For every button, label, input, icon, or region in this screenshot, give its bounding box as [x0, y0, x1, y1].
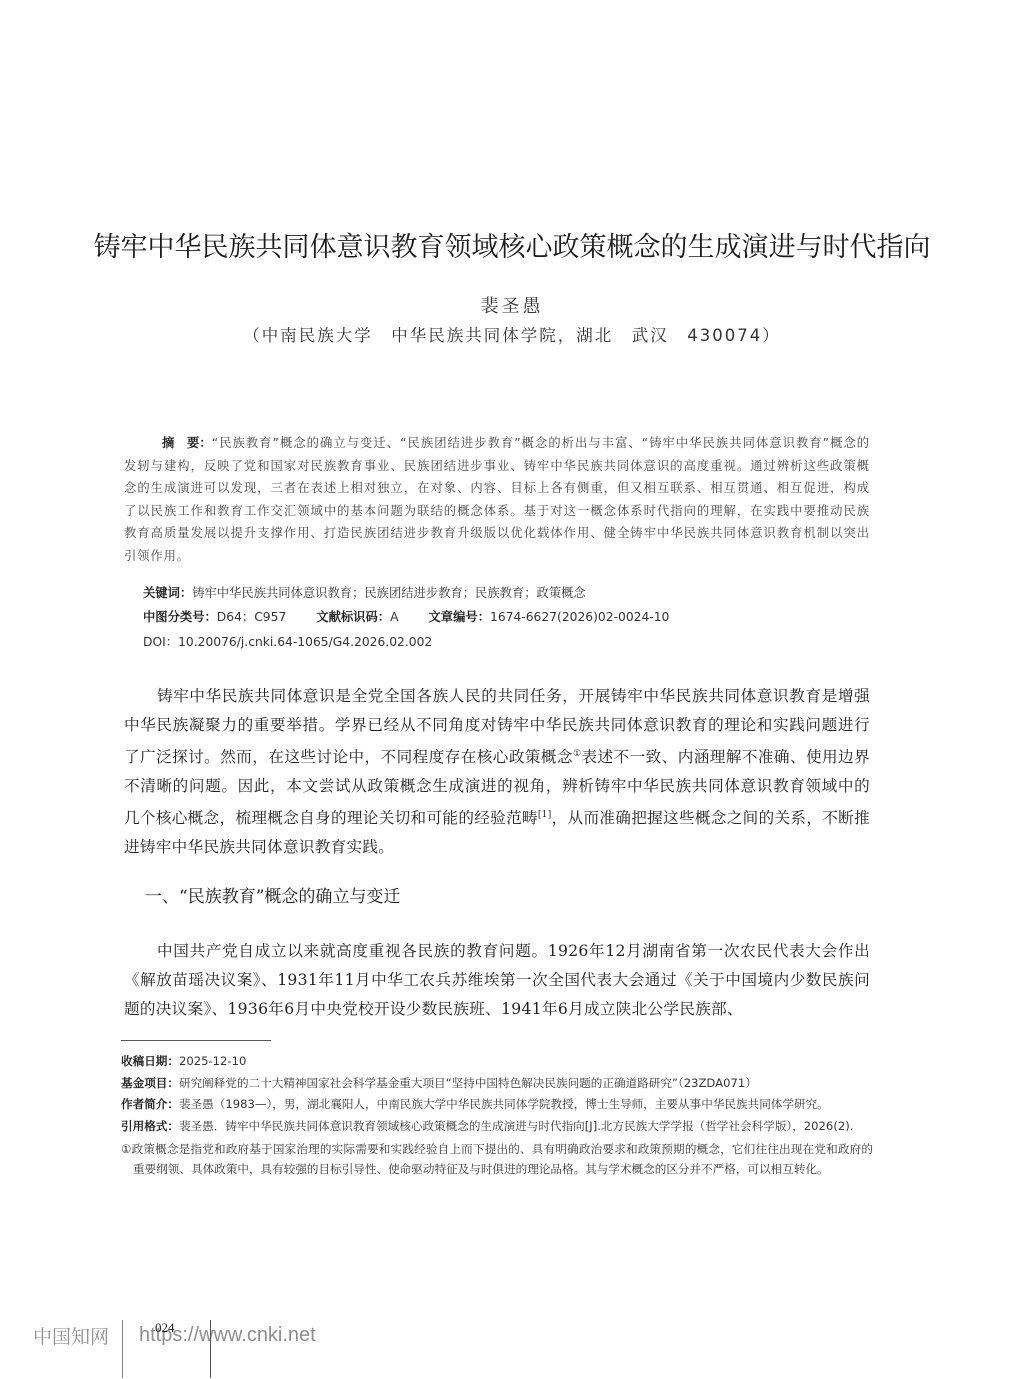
article-no-value: 1674-6627(2026)02-0024-10 — [490, 610, 669, 624]
footnote-divider — [121, 1040, 271, 1041]
footnote-ref-1[interactable]: ① — [573, 749, 582, 759]
author-bio-value: 裴圣愚（1983—），男，湖北襄阳人，中南民族大学中华民族共同体学院教授，博士生… — [179, 1095, 873, 1115]
keywords-text: 铸牢中华民族共同体意识教育；民族团结进步教育；民族教育；政策概念 — [192, 586, 586, 600]
received-value: 2025-12-10 — [179, 1052, 873, 1072]
paper-title: 铸牢中华民族共同体意识教育领域核心政策概念的生成演进与时代指向 — [0, 225, 1024, 264]
watermark-divider — [122, 1320, 123, 1378]
section-heading-1: 一、“民族教育”概念的确立与变迁 — [145, 882, 400, 907]
fund-project: 基金项目：研究阐释党的二十大精神国家社会科学基金重大项目“坚持中国特色解决民族问… — [121, 1074, 873, 1094]
footnotes: 收稿日期：2025-12-10 基金项目：研究阐释党的二十大精神国家社会科学基金… — [121, 1052, 873, 1179]
doc-code-label: 文献标识码： — [316, 610, 390, 624]
footnote-1: ①政策概念是指党和政府基于国家治理的实际需要和实践经验自上而下提出的、具有明确政… — [121, 1140, 873, 1179]
abstract-text: “民族教育”概念的确立与变迁、“民族团结进步教育”概念的析出与丰富、“铸牢中华民… — [124, 436, 870, 563]
keywords: 关键词：铸牢中华民族共同体意识教育；民族团结进步教育；民族教育；政策概念 — [143, 583, 586, 601]
page-number: 024 — [155, 1320, 175, 1336]
author-bio: 作者简介：裴圣愚（1983—），男，湖北襄阳人，中南民族大学中华民族共同体学院教… — [121, 1095, 873, 1115]
classification-line: 中图分类号：D64；C957文献标识码：A文章编号：1674-6627(2026… — [143, 607, 669, 625]
abstract: 摘 要：“民族教育”概念的确立与变迁、“民族团结进步教育”概念的析出与丰富、“铸… — [124, 432, 870, 567]
fund-label: 基金项目： — [121, 1074, 179, 1094]
intro-paragraph: 铸牢中华民族共同体意识是全党全国各族人民的共同任务，开展铸牢中华民族共同体意识教… — [124, 682, 870, 862]
author-bio-label: 作者简介： — [121, 1095, 179, 1115]
doc-code-value: A — [390, 610, 398, 624]
author-name: 裴圣愚 — [0, 292, 1024, 318]
section1-paragraph: 中国共产党自成立以来就高度重视各民族的教育问题。1926年12月湖南省第一次农民… — [124, 937, 870, 1024]
clc-value: D64；C957 — [217, 610, 286, 624]
citation-ref-1[interactable]: [1] — [538, 810, 552, 820]
citation-format: 引用格式：裴圣愚．铸牢中华民族共同体意识教育领域核心政策概念的生成演进与时代指向… — [121, 1117, 873, 1137]
abstract-label: 摘 要： — [162, 436, 212, 450]
citation-label: 引用格式： — [121, 1117, 179, 1137]
doi: DOI：10.20076/j.cnki.64-1065/G4.2026.02.0… — [143, 632, 432, 650]
received-label: 收稿日期： — [121, 1052, 179, 1072]
citation-value: 裴圣愚．铸牢中华民族共同体意识教育领域核心政策概念的生成演进与时代指向[J].北… — [179, 1117, 873, 1137]
cnki-logo: 中国知网 — [33, 1322, 109, 1349]
received-date: 收稿日期：2025-12-10 — [121, 1052, 873, 1072]
keywords-label: 关键词： — [143, 586, 192, 600]
author-affiliation: （中南民族大学 中华民族共同体学院，湖北 武汉 430074） — [0, 322, 1024, 346]
page-divider — [210, 1320, 211, 1378]
clc-label: 中图分类号： — [143, 610, 217, 624]
article-no-label: 文章编号： — [429, 610, 491, 624]
fund-value: 研究阐释党的二十大精神国家社会科学基金重大项目“坚持中国特色解决民族问题的正确道… — [179, 1074, 873, 1094]
